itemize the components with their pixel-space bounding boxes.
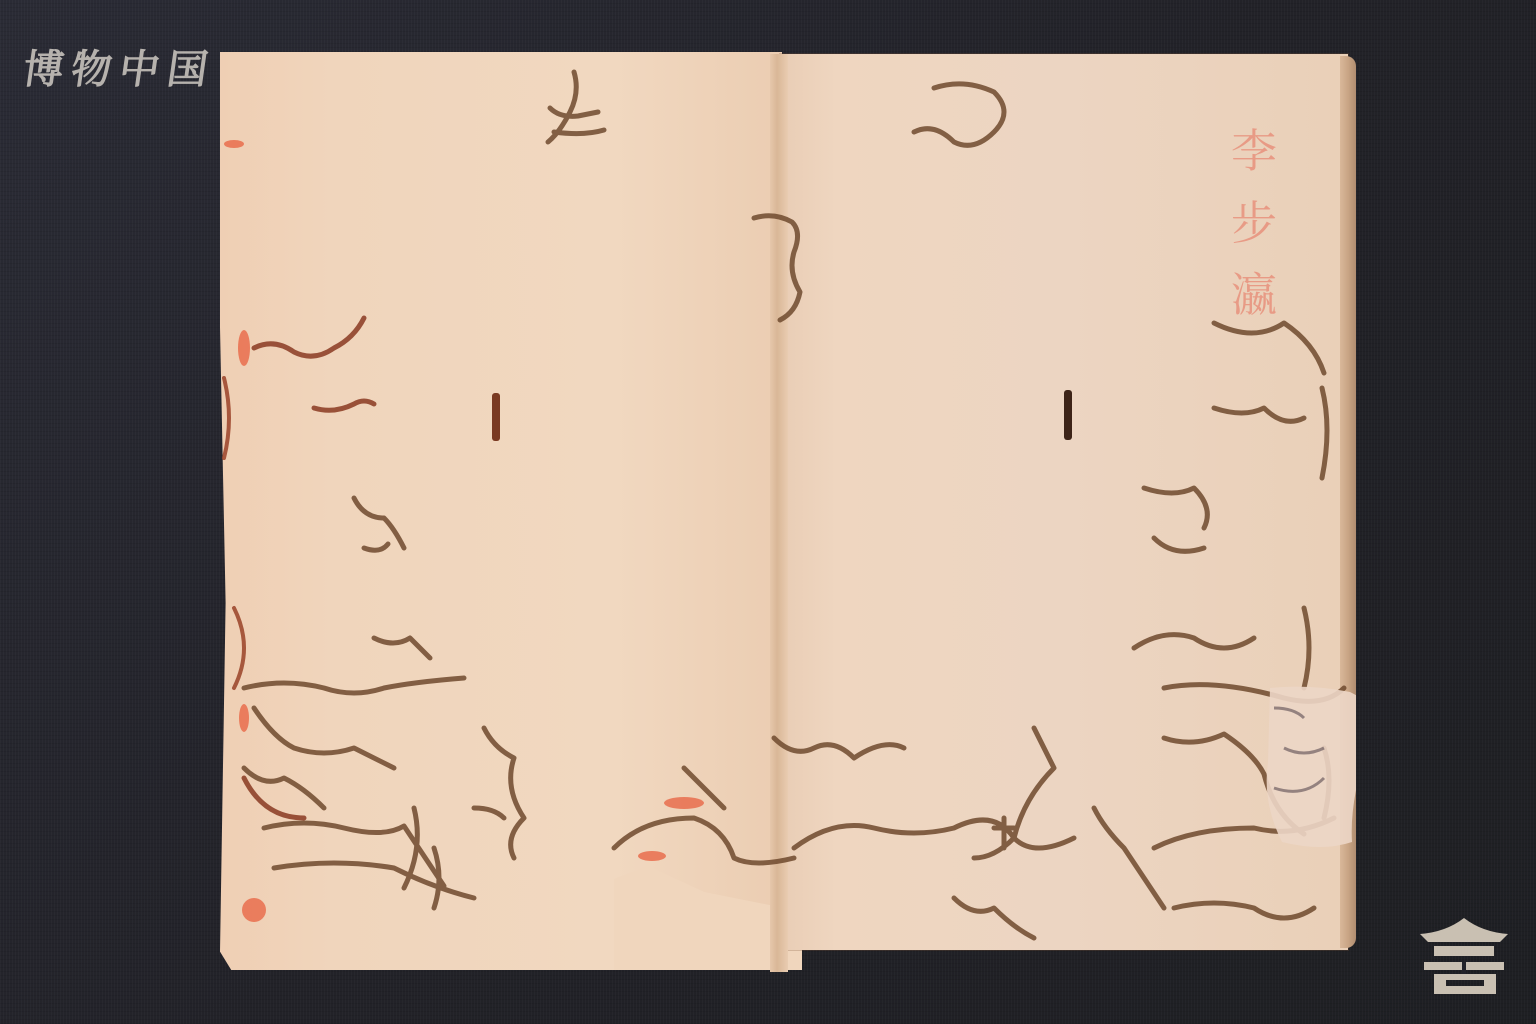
pavilion-logo-icon: [1416, 912, 1512, 998]
watermark-text: 博物中国: [20, 38, 220, 95]
antique-book: 李 步 瀛: [214, 48, 1356, 973]
wormhole-damage: [214, 48, 1356, 973]
